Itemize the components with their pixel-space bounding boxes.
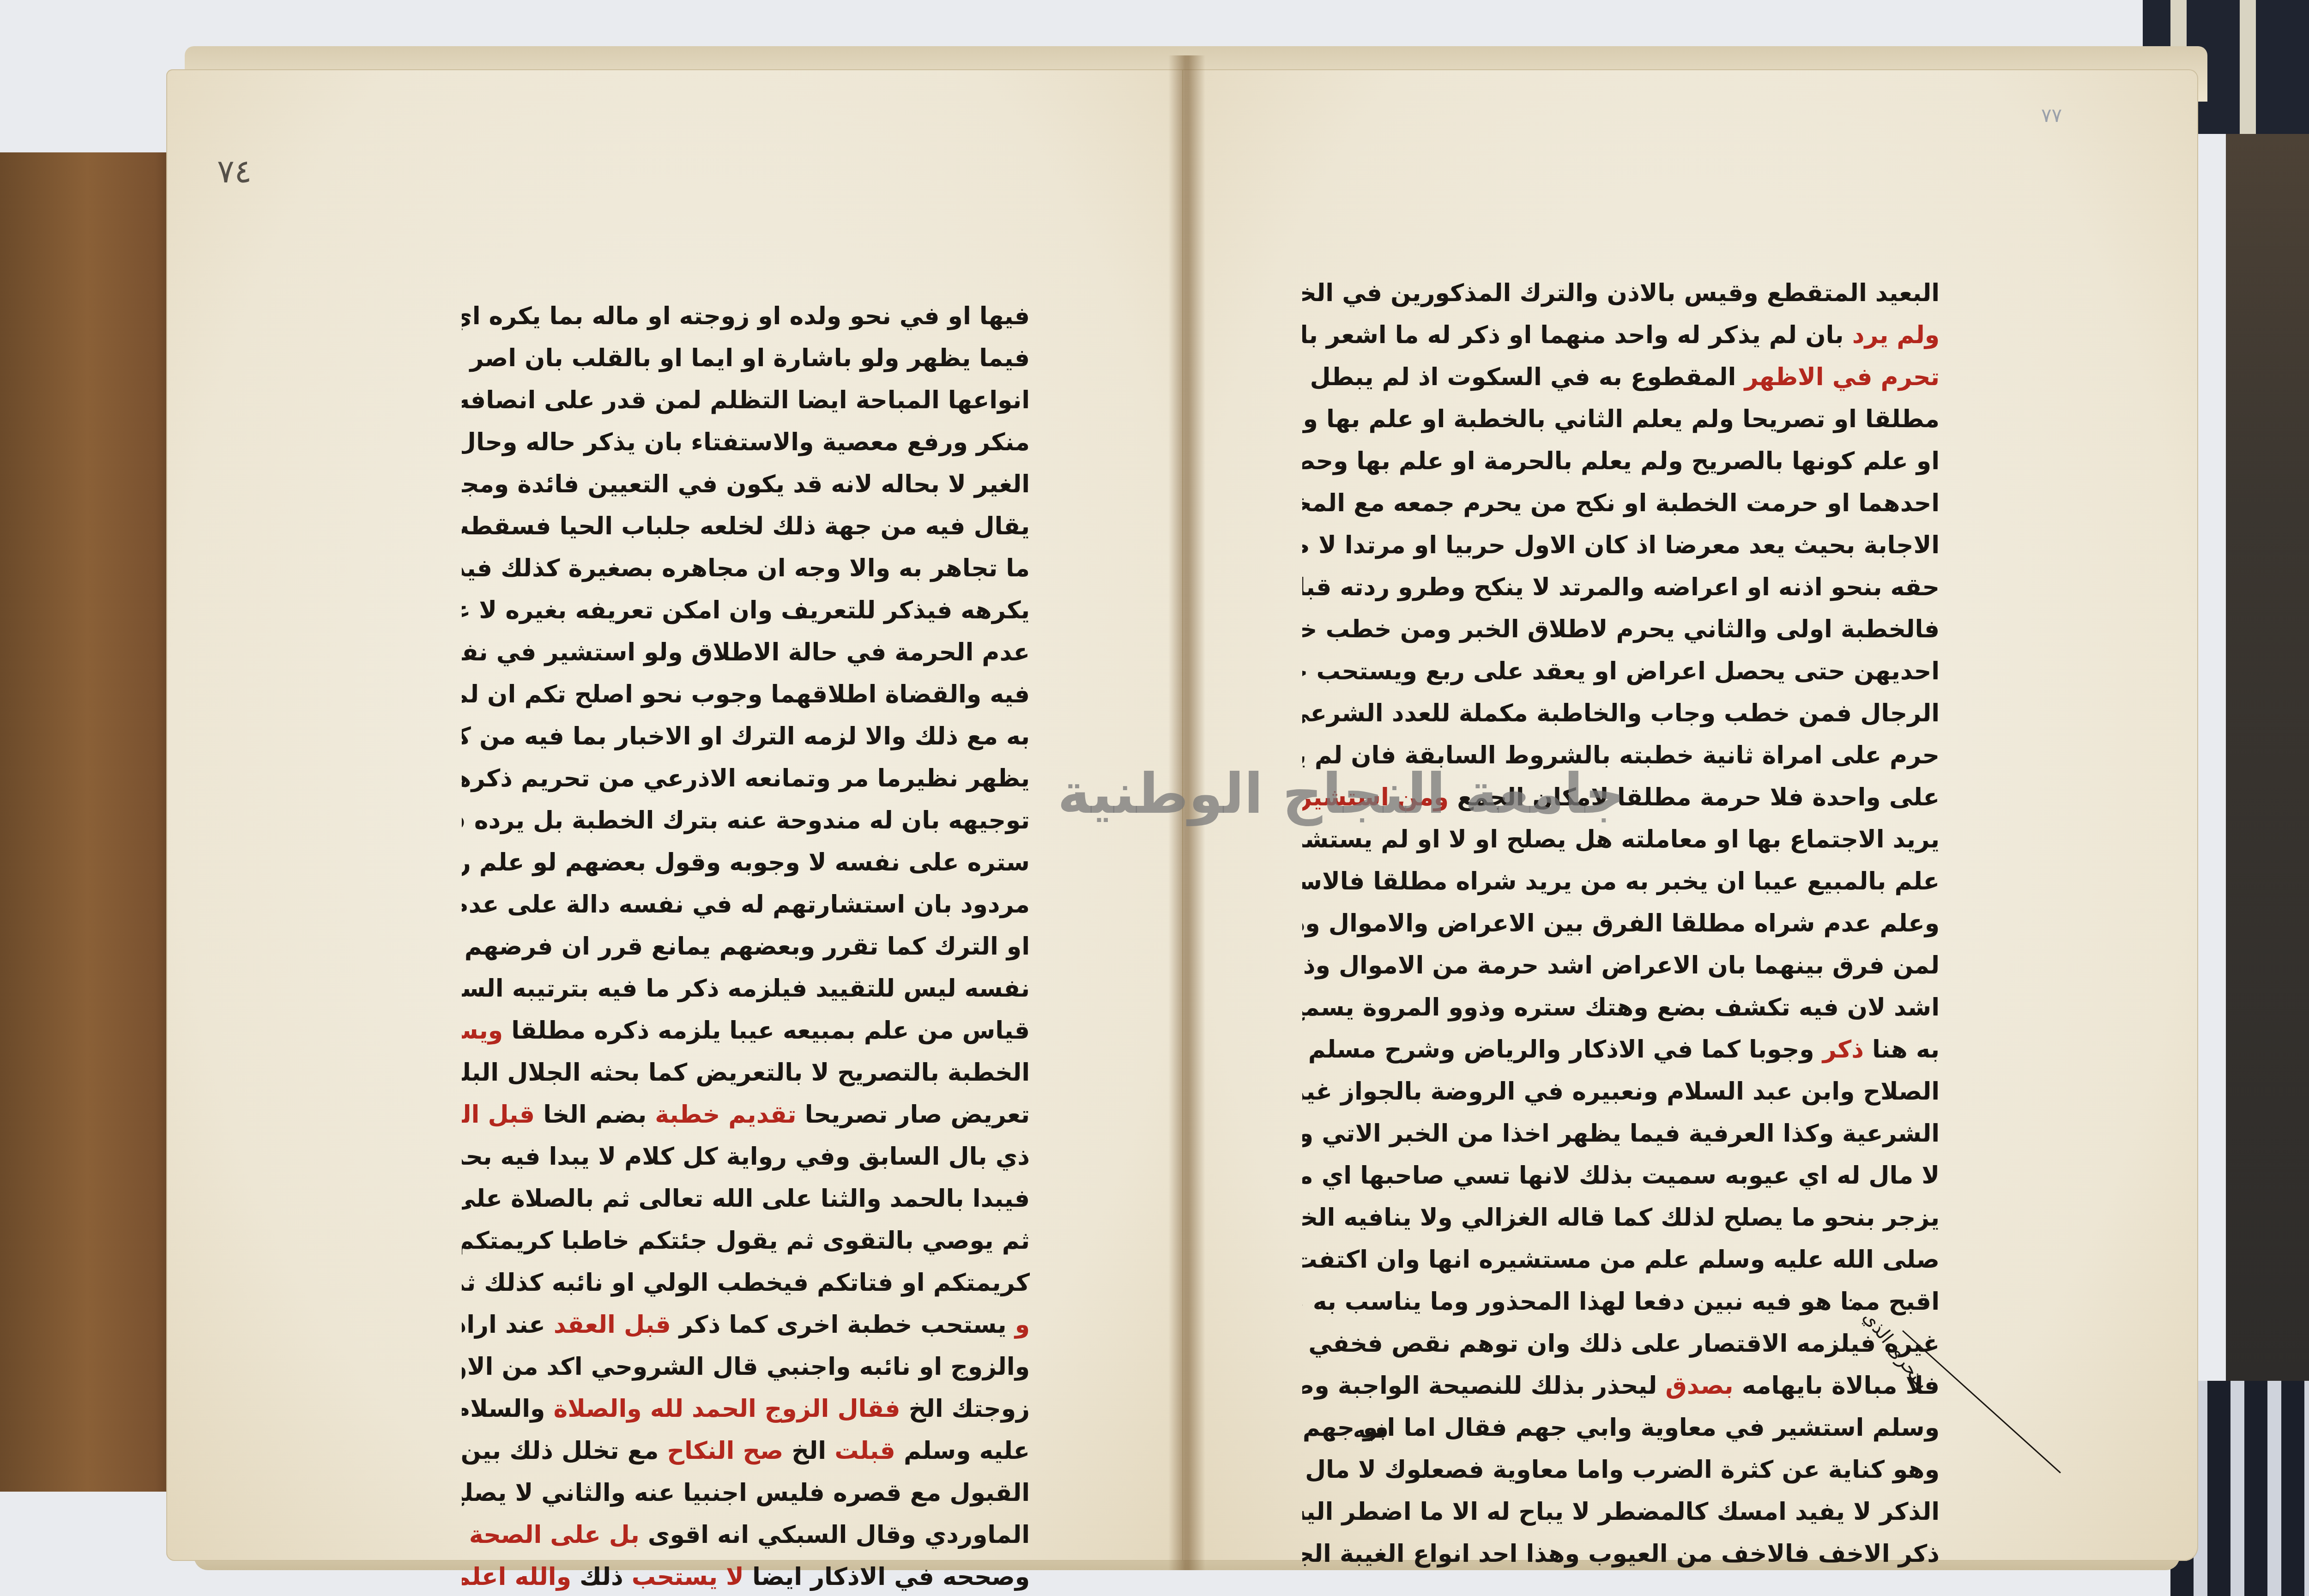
body-text: الغير لا بحاله لانه قد يكون في التعيين ف… [462,471,1030,498]
body-text: الذكر لا يفيد امسك كالمضطر لا يباح له ال… [1302,1498,1940,1526]
body-text: بان لم يذكر له واحد منهما او ذكر له ما ا… [1302,321,1852,349]
body-text: ليحذر بذلك للنصيحة الواجبة وصح انه صلى ا… [1302,1372,1665,1400]
text-line: ستره على نفسه لا وجوبه وقول بعضهم لو علم… [462,842,1030,884]
text-line: الصلاح وابن عبد السلام ونعبيره في الروضة… [1302,1071,1940,1113]
body-text: يستحب خطبة اخرى كما ذكر [671,1311,1015,1339]
body-text: اشد لان فيه تكشف بضع وهتك ستره وذوو المر… [1302,994,1940,1022]
right-page-text: البعيد المتقطع وقيس بالاذن والترك المذكو… [1302,272,1940,1575]
body-text: ذكر الاخف فالاخف من العيوب وهذا احد انوا… [1302,1540,1940,1568]
body-text: او علم كونها بالصريح ولم يعلم بالحرمة او… [1302,447,1940,475]
body-text: القبول مع قصره فليس اجنبيا عنه والثاني ل… [462,1479,1030,1507]
body-text: لا مال له اي عيوبه سميت بذلك لانها تسي ص… [1302,1162,1940,1190]
body-text: وهو كناية عن كثرة الضرب واما معاوية فصعل… [1302,1456,1940,1484]
text-line: او علم كونها بالصريح ولم يعلم بالحرمة او… [1302,441,1940,483]
rubric-text: فقال الزوج الحمد لله والصلاة [553,1395,900,1423]
text-line: فلا مبالاة بايهامه بصدق ليحذر بذلك للنصي… [1302,1365,1940,1407]
text-line: قياس من علم بمبيعه عيبا يلزمه ذكره مطلقا… [462,1010,1030,1052]
text-line: فيما يظهر ولو باشارة او ايما او بالقلب ب… [462,338,1030,380]
text-line: تعريض صار تصريحا تقديم خطبة بضم الخا قبل… [462,1094,1030,1136]
body-text: بضم الخا [535,1101,655,1129]
text-line: اشد لان فيه تكشف بضع وهتك ستره وذوو المر… [1302,987,1940,1029]
rubric-text: و [1015,1311,1030,1339]
body-text: والسلام [462,1395,553,1423]
body-text: انواعها المباحة ايضا التظلم لمن قدر على … [462,387,1030,414]
text-line: لمن فرق بينهما بان الاعراض اشد حرمة من ا… [1302,945,1940,987]
text-line: عليه وسلم قبلت الخ صح النكاح مع تخلل ذلك… [462,1430,1030,1472]
body-text: فالخطبة اولى والثاني يحرم لاطلاق الخبر و… [1302,616,1940,643]
body-text: الشرعية وكذا العرفية فيما يظهر اخذا من ا… [1302,1120,1940,1148]
book-cover-left [0,152,194,1492]
text-line: يزجر بنحو ما يصلح لذلك كما قاله الغزالي … [1302,1197,1940,1239]
rubric-text: قبلت [834,1437,895,1465]
rubric-text: ذكر [1823,1036,1864,1064]
body-text: البعيد المتقطع وقيس بالاذن والترك المذكو… [1302,279,1940,307]
body-text: او الترك كما تقرر وبعضهم يمانع قرر ان فر… [462,933,1030,961]
body-text: اقبح مما هو فيه نبين دفعا لهذا المحذور و… [1302,1288,1940,1316]
body-text: الرجال فمن خطب وجاب والخاطبة مكملة للعدد… [1302,700,1940,727]
body-text: زوجتك الخ [901,1395,1030,1423]
text-line: الغير لا بحاله لانه قد يكون في التعيين ف… [462,464,1030,506]
body-text: الصلاح وابن عبد السلام ونعبيره في الروضة… [1302,1078,1940,1106]
rubric-text: بل على الصحة [469,1521,640,1549]
body-text: غيره فيلزمه الاقتصار على ذلك وان توهم نق… [1302,1330,1940,1358]
text-line: ذكر الاخف فالاخف من العيوب وهذا احد انوا… [1302,1533,1940,1575]
body-text: يزجر بنحو ما يصلح لذلك كما قاله الغزالي … [1302,1204,1940,1232]
text-line: ولم يرد بان لم يذكر له واحد منهما او ذكر… [1302,314,1940,357]
text-line: تحرم في الاظهر المقطوع به في السكوت اذ ل… [1302,357,1940,399]
body-text: منكر ورفع معصية والاستفتاء بان يذكر حاله… [462,429,1030,456]
text-line: عدم الحرمة في حالة الاطلاق ولو استشير في… [462,632,1030,674]
text-line: احديهن حتى يحصل اعراض او يعقد على ربع وي… [1302,651,1940,693]
body-text: صلى الله عليه وسلم علم من مستشيره انها و… [1302,1246,1940,1274]
text-line: مردود بان استشارتهم له في نفسه دالة على … [462,884,1030,926]
body-text: احدهما او حرمت الخطبة او نكح من يحرم جمع… [1302,490,1940,517]
text-line: فيه والقضاة اطلاقهما وجوب نحو اصلح تكم ا… [462,674,1030,716]
text-line: ثم يوصي بالتقوى ثم يقول جئتكم خاطبا كريم… [462,1220,1030,1262]
body-text: الماوردي وقال السبكي انه اقوى [640,1521,1030,1549]
rubric-text: والله اعلم [462,1563,571,1591]
folio-number-right: ٧٧ [2041,104,2062,127]
body-text: كريمتكم او فتاتكم فيخطب الولي او نائبه ك… [462,1269,1030,1297]
text-line: ذي بال السابق وفي رواية كل كلام لا يبدا … [462,1136,1030,1178]
text-line: نفسه ليس للتقييد فيلزمه ذكر ما فيه بترتي… [462,968,1030,1010]
body-text: والزوج او نائبه واجنبي قال الشروحي اكد م… [462,1353,1030,1381]
text-line: او الترك كما تقرر وبعضهم يمانع قرر ان فر… [462,926,1030,968]
body-text: عليه وسلم [895,1437,1030,1465]
text-line: وسلم استشير في معاوية وابي جهم فقال اما … [1302,1407,1940,1449]
body-text: مطلقا او تصريحا ولم يعلم الثاني بالخطبة … [1302,405,1940,433]
text-line: صلى الله عليه وسلم علم من مستشيره انها و… [1302,1239,1940,1281]
rubric-text: ويستحب [462,1017,503,1045]
body-text: يريد الاجتماع بها او معاملته هل يصلح او … [1302,826,1940,853]
body-text: عند ارادة التلفظ به سوا الولي ونائبه [462,1311,554,1339]
text-line: انواعها المباحة ايضا التظلم لمن قدر على … [462,380,1030,422]
body-text: علم بالمبيع عيبا ان يخبر به من يريد شراه… [1302,868,1940,895]
body-text: الخطبة بالتصريح لا بالتعريض كما بحثه الج… [462,1059,1030,1087]
text-line: ما تجاهر به والا وجه ان مجاهره بصغيرة كذ… [462,548,1030,590]
text-line: فالخطبة اولى والثاني يحرم لاطلاق الخبر و… [1302,609,1940,651]
left-page-text: فيها او في نحو ولده او زوجته او ماله بما… [462,296,1030,1596]
text-line: منكر ورفع معصية والاستفتاء بان يذكر حاله… [462,422,1030,464]
body-text: ما تجاهر به والا وجه ان مجاهره بصغيرة كذ… [462,555,1030,582]
text-line: مطلقا او تصريحا ولم يعلم الثاني بالخطبة … [1302,399,1940,441]
rubric-text: ولم يرد [1852,321,1940,349]
text-line: القبول مع قصره فليس اجنبيا عنه والثاني ل… [462,1472,1030,1514]
body-text: تعريض صار تصريحا [797,1101,1030,1129]
body-text [462,1521,469,1549]
body-text: فيها او في نحو ولده او زوجته او ماله بما… [462,302,1030,330]
body-text: وعلم عدم شراه مطلقا الفرق بين الاعراض وا… [1302,910,1940,937]
book-cover-right [2226,134,2309,1381]
body-text: ستره على نفسه لا وجوبه وقول بعضهم لو علم… [462,849,1030,877]
text-line: الماوردي وقال السبكي انه اقوى بل على الص… [462,1514,1030,1556]
rubric-text: قبل العقد [554,1311,671,1339]
folio-number-left: ٧٤ [217,152,252,190]
rubric-text: تقديم خطبة [655,1101,796,1129]
text-line: يقال فيه من جهة ذلك لخلعه جلباب الحيا فس… [462,506,1030,548]
rubric-text: صح النكاح [667,1437,784,1465]
body-text: ثم يوصي بالتقوى ثم يقول جئتكم خاطبا كريم… [462,1227,1030,1255]
text-line: الرجال فمن خطب وجاب والخاطبة مكملة للعدد… [1302,693,1940,735]
text-line: به مع ذلك والا لزمه الترك او الاخبار بما… [462,716,1030,758]
text-line: البعيد المتقطع وقيس بالاذن والترك المذكو… [1302,272,1940,314]
body-text: مع تخلل ذلك بين لفظيهما [462,1437,667,1465]
text-line: والزوج او نائبه واجنبي قال الشروحي اكد م… [462,1346,1030,1388]
body-text: فيه والقضاة اطلاقهما وجوب نحو اصلح تكم ا… [462,681,1030,708]
body-text: لمن فرق بينهما بان الاعراض اشد حرمة من ا… [1302,952,1940,979]
body-text: به مع ذلك والا لزمه الترك او الاخبار بما… [462,723,1030,750]
text-line: وعلم عدم شراه مطلقا الفرق بين الاعراض وا… [1302,903,1940,945]
text-line: لا مال له اي عيوبه سميت بذلك لانها تسي ص… [1302,1155,1940,1197]
body-text: مردود بان استشارتهم له في نفسه دالة على … [462,891,1030,919]
text-line: الاجابة بحيث يعد معرضا اذ كان الاول حربي… [1302,525,1940,567]
text-line: علم بالمبيع عيبا ان يخبر به من يريد شراه… [1302,861,1940,903]
body-text: احديهن حتى يحصل اعراض او يعقد على ربع وي… [1302,658,1940,685]
text-line: وصححه في الاذكار ايضا لا يستحب ذلك والله… [462,1556,1030,1596]
body-text: ذي بال السابق وفي رواية كل كلام لا يبدا … [462,1143,1030,1171]
text-line: اقبح مما هو فيه نبين دفعا لهذا المحذور و… [1302,1281,1940,1323]
text-line: كريمتكم او فتاتكم فيخطب الولي او نائبه ك… [462,1262,1030,1304]
body-text: يقال فيه من جهة ذلك لخلعه جلباب الحيا فس… [462,513,1030,540]
body-text: فيما يظهر ولو باشارة او ايما او بالقلب ب… [462,345,1030,372]
body-text: ذلك [571,1563,632,1591]
rubric-text: لا يستحب [632,1563,744,1591]
rubric-text: بصدق [1665,1372,1733,1400]
text-line: يظهر نظيرما مر وتمانعه الاذرعي من تحريم … [462,758,1030,800]
text-line: احدهما او حرمت الخطبة او نكح من يحرم جمع… [1302,483,1940,525]
body-text: عدم الحرمة في حالة الاطلاق ولو استشير في… [462,639,1030,666]
text-line: به هنا ذكر وجوبا كما في الاذكار والرياض … [1302,1029,1940,1071]
body-text: يظهر نظيرما مر وتمانعه الاذرعي من تحريم … [462,765,1030,792]
rubric-text: قبل الخطبة [462,1101,535,1129]
body-text: نفسه ليس للتقييد فيلزمه ذكر ما فيه بترتي… [462,975,1030,1003]
body-text: فيبدا بالحمد والثنا على الله تعالى ثم با… [462,1185,1030,1213]
text-line: وهو كناية عن كثرة الضرب واما معاوية فصعل… [1302,1449,1940,1491]
body-text: حقه بنحو اذنه او اعراضه والمرتد لا ينكح … [1302,574,1940,601]
text-line: توجيهه بان له مندوحة عنه بترك الخطبة بل … [462,800,1030,842]
text-line: الخطبة بالتصريح لا بالتعريض كما بحثه الج… [462,1052,1030,1094]
text-line: الذكر لا يفيد امسك كالمضطر لا يباح له ال… [1302,1491,1940,1533]
text-line: حقه بنحو اذنه او اعراضه والمرتد لا ينكح … [1302,567,1940,609]
rubric-text: تحرم في الاظهر [1744,363,1940,391]
body-text: يكرهه فيذكر للتعريف وان امكن تعريفه بغير… [462,597,1030,624]
body-text: توجيهه بان له مندوحة عنه بترك الخطبة بل … [462,807,1030,834]
body-text: المقطوع به في السكوت اذ لم يبطل به شي مق… [1302,363,1744,391]
text-line: فيها او في نحو ولده او زوجته او ماله بما… [462,296,1030,338]
text-line: يكرهه فيذكر للتعريف وان امكن تعريفه بغير… [462,590,1030,632]
text-line: و يستحب خطبة اخرى كما ذكر قبل العقد عند … [462,1304,1030,1346]
text-line: فيبدا بالحمد والثنا على الله تعالى ثم با… [462,1178,1030,1220]
body-text: وسلم استشير في معاوية وابي جهم فقال اما … [1302,1414,1940,1442]
body-text: الخ [783,1437,834,1465]
body-text: به هنا [1864,1036,1940,1064]
body-text: قياس من علم بمبيعه عيبا يلزمه ذكره مطلقا [503,1017,1030,1045]
body-text: وجوبا كما في الاذكار والرياض وشرح مسلم ك… [1302,1036,1823,1064]
body-text: وصححه في الاذكار ايضا [744,1563,1030,1591]
text-line: زوجتك الخ فقال الزوج الحمد لله والصلاة و… [462,1388,1030,1430]
watermark: جامعة النجاح الوطنية [1058,762,1625,826]
text-line: الشرعية وكذا العرفية فيما يظهر اخذا من ا… [1302,1113,1940,1155]
catchword: فيه [1353,1418,1389,1443]
body-text: الاجابة بحيث يعد معرضا اذ كان الاول حربي… [1302,532,1940,559]
text-line: غيره فيلزمه الاقتصار على ذلك وان توهم نق… [1302,1323,1940,1365]
